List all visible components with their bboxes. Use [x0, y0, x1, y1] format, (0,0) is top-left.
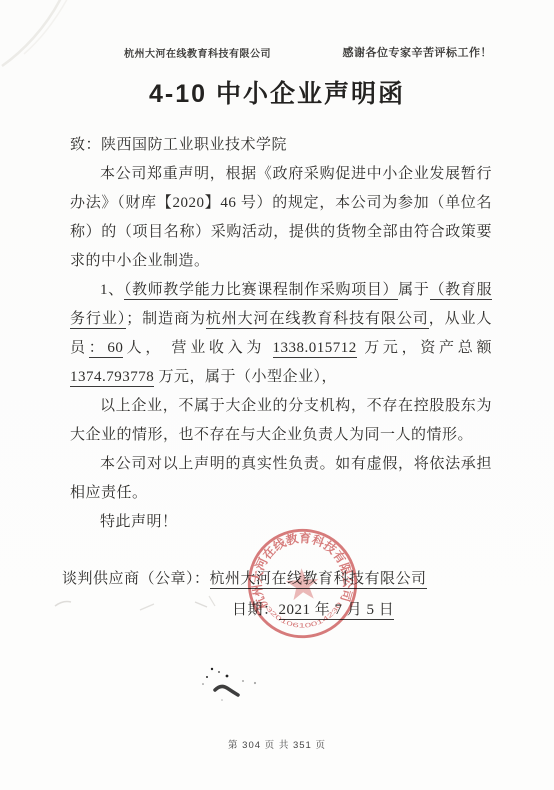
addressee-line: 致：陕西国防工业职业技术学院 [70, 131, 492, 160]
assets-underlined: 1374.793778 [70, 369, 154, 387]
date-label: 日期： [232, 602, 279, 618]
paragraph-not-branch: 以上企业，不属于大企业的分支机构，不存在控股股东为大企业的情形，也不存在与大企业… [70, 392, 492, 450]
header-thanks-note: 感谢各位专家辛苦评标工作！ [343, 44, 493, 60]
supplier-label: 谈判供应商（公章）： [62, 571, 210, 587]
pencil-marks [45, 588, 245, 620]
paragraph-hereby-declare: 特此声明！ [70, 508, 492, 537]
date-value-underlined: 2021 年 7 月 5 日 [279, 602, 395, 620]
employees-count-underlined: ：60 [89, 340, 124, 358]
item1-assets-text: 万元，资产总额 [357, 340, 492, 356]
item1-revenue-text: 人， 营业收入为 [123, 340, 272, 356]
ink-smudge [195, 658, 275, 706]
item1-manufacturer-text: ；制造商为 [126, 311, 206, 327]
manufacturer-underlined: 杭州大河在线教育科技有限公司 [206, 311, 429, 329]
date-signature-line: 日期：2021 年 7 月 5 日 [232, 598, 394, 619]
page-footer: 第 304 页 共 351 页 [0, 737, 554, 751]
supplier-company-underlined: 杭州大河在线教育科技有限公司 [210, 571, 427, 589]
header-company-name: 杭州大河在线教育科技有限公司 [124, 45, 271, 60]
item1-enterprise-type-text: 万元，属于（小型企业）， [154, 369, 337, 385]
paragraph-declaration: 本公司郑重声明，根据《政府采购促进中小企业发展暂行办法》（财库【2020】46 … [70, 160, 492, 276]
document-body: 致：陕西国防工业职业技术学院 本公司郑重声明，根据《政府采购促进中小企业发展暂行… [70, 131, 492, 537]
item1-belongs-text: 属于 [398, 282, 429, 298]
paragraph-responsibility: 本公司对以上声明的真实性负责。如有虚假，将依法承担相应责任。 [70, 450, 492, 508]
project-name-underlined: （教师教学能力比赛课程制作采购项目） [124, 282, 398, 300]
revenue-underlined: 1338.015712 [273, 340, 357, 358]
document-title: 4-10 中小企业声明函 [0, 74, 554, 110]
paragraph-item1: 1、（教师教学能力比赛课程制作采购项目）属于（教育服务行业）；制造商为杭州大河在… [70, 276, 492, 392]
item1-number: 1、 [100, 282, 124, 298]
supplier-signature-line: 谈判供应商（公章）：杭州大河在线教育科技有限公司 [62, 567, 427, 588]
document-page: 杭州大河在线教育科技有限公司 感谢各位专家辛苦评标工作！ 4-10 中小企业声明… [0, 0, 554, 790]
